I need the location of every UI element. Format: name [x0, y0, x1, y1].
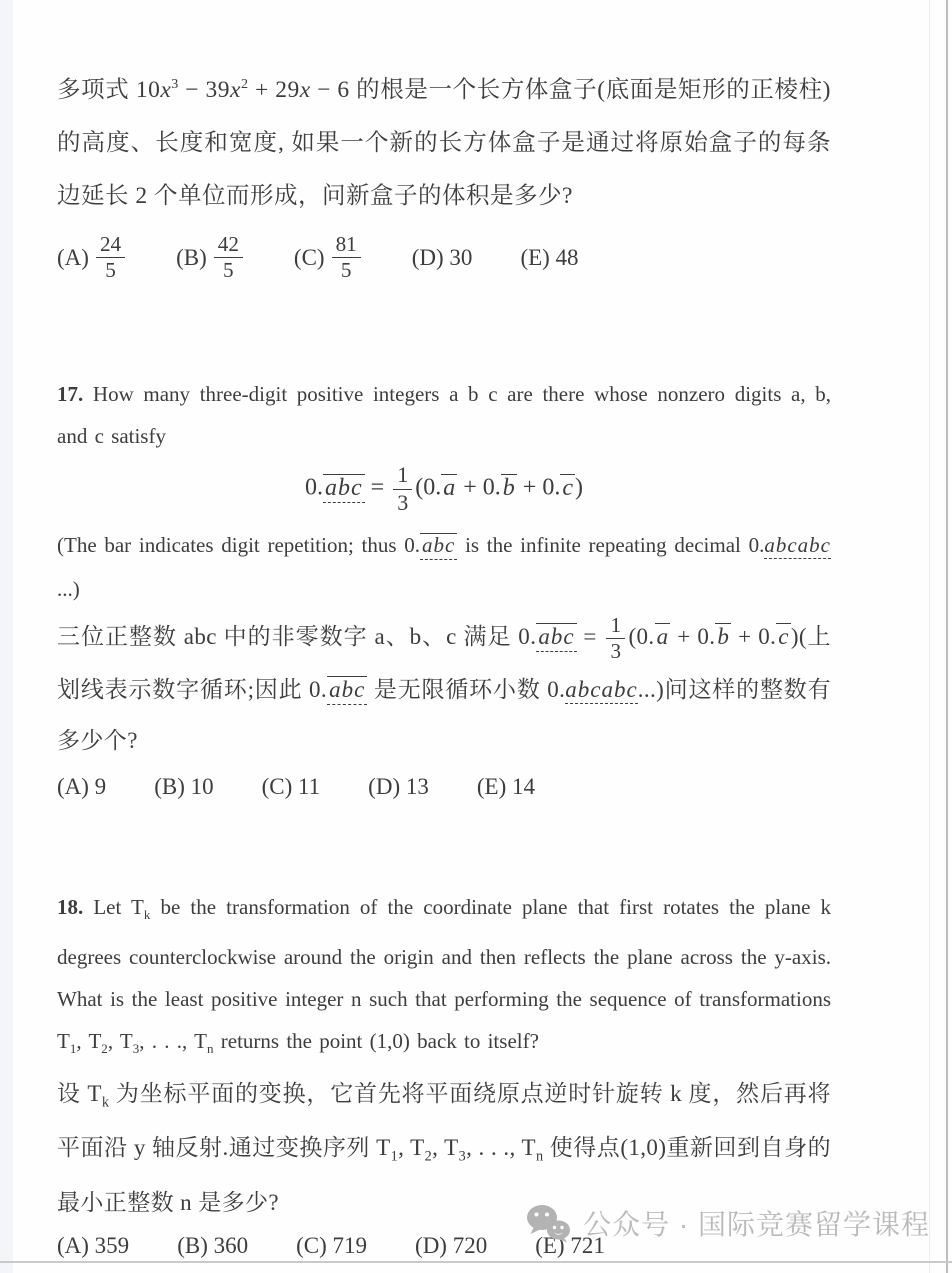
problem-17-chinese: 三位正整数 abc 中的非零数字 a、b、c 满足 0.abc = 13(0.a…	[57, 611, 831, 766]
problem-16-choices: (A) 245 (B) 425 (C) 815 (D) 30 (E) 48	[57, 227, 831, 289]
choice-e: (E) 48	[520, 245, 578, 271]
problem-18-text: 18. Let Tk be the transformation of the …	[57, 886, 831, 1070]
problem-16-text: 多项式 10x3 − 39x2 + 29x − 6 的根是一个长方体盒子(底面是…	[57, 58, 831, 223]
choice-c: (C) 815	[294, 233, 364, 283]
choice-c: (C) 719	[296, 1233, 367, 1259]
choice-b: (B) 425	[176, 233, 246, 283]
wechat-icon	[525, 1203, 571, 1243]
problem-17-intro: 17. How many three-digit positive intege…	[57, 373, 831, 457]
problem-17-formula: 0.abc = 13(0.a + 0.b + 0.c)	[57, 463, 831, 515]
problem-17-note: (The bar indicates digit repetition; thu…	[57, 523, 831, 611]
bottom-rule	[0, 1261, 952, 1263]
left-margin-strip	[0, 0, 13, 1273]
problem-16: 多项式 10x3 − 39x2 + 29x − 6 的根是一个长方体盒子(底面是…	[57, 58, 831, 289]
document-page: 多项式 10x3 − 39x2 + 29x − 6 的根是一个长方体盒子(底面是…	[0, 0, 952, 1273]
choice-e: (E) 14	[477, 774, 535, 800]
choice-a: (A) 359	[57, 1233, 129, 1259]
choice-b: (B) 360	[177, 1233, 248, 1259]
choice-a: (A) 245	[57, 233, 128, 283]
choice-d: (D) 30	[412, 245, 473, 271]
choice-d: (D) 13	[368, 774, 429, 800]
watermark-text: 公众号 · 国际竞赛留学课程	[583, 1203, 930, 1243]
choice-c: (C) 11	[262, 774, 321, 800]
choice-d: (D) 720	[415, 1233, 487, 1259]
watermark-footer: 公众号 · 国际竞赛留学课程	[525, 1203, 930, 1243]
problem-18-chinese: 设 Tk 为坐标平面的变换，它首先将平面绕原点逆时针旋转 k 度，然后再将平面沿…	[57, 1071, 831, 1225]
problem-17-choices: (A) 9 (B) 10 (C) 11 (D) 13 (E) 14	[57, 774, 831, 800]
right-edge-line	[946, 0, 948, 1273]
problem-17: 17. How many three-digit positive intege…	[57, 373, 831, 800]
choice-b: (B) 10	[154, 774, 213, 800]
page-content: 多项式 10x3 − 39x2 + 29x − 6 的根是一个长方体盒子(底面是…	[57, 58, 831, 1259]
choice-a: (A) 9	[57, 774, 106, 800]
right-faint-line	[929, 0, 930, 1273]
